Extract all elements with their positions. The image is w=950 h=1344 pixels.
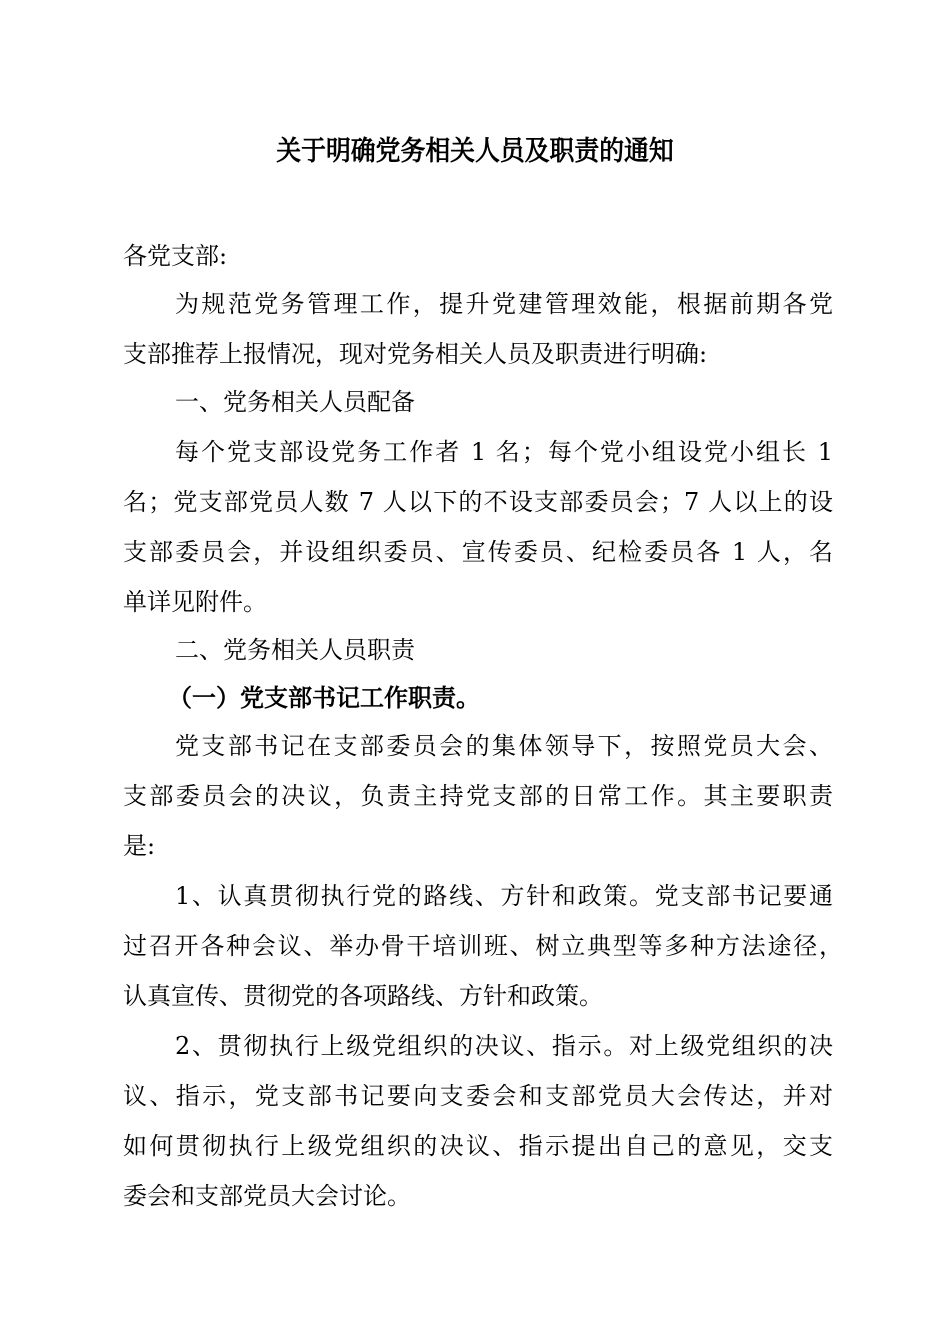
document-title: 关于明确党务相关人员及职责的通知 (38, 132, 912, 172)
list-item-line: 过召开各种会议、举办骨干培训班、树立典型等多种方法途径， (123, 928, 843, 964)
intro-line: 为规范党务管理工作，提升党建管理效能，根据前期各党 (175, 286, 833, 322)
section-heading: 一、党务相关人员配备 (175, 384, 415, 420)
paragraph-line: 支部委员会的决议，负责主持党支部的日常工作。其主要职责 (123, 778, 833, 814)
intro-line: 支部推荐上报情况，现对党务相关人员及职责进行明确: (123, 336, 833, 372)
paragraph-line: 是: (123, 828, 833, 864)
list-item-line: 认真宣传、贯彻党的各项路线、方针和政策。 (123, 978, 833, 1014)
section-heading: 二、党务相关人员职责 (175, 632, 415, 668)
paragraph-line: 名；党支部党员人数 7 人以下的不设支部委员会；7 人以上的设 (123, 484, 833, 520)
subsection-heading: （一）党支部书记工作职责。 (168, 680, 480, 716)
paragraph-line: 每个党支部设党务工作者 1 名；每个党小组设党小组长 1 (175, 434, 833, 470)
paragraph-line: 单详见附件。 (123, 584, 833, 620)
salutation: 各党支部: (123, 238, 833, 274)
list-item-line: 委会和支部党员大会讨论。 (123, 1178, 833, 1214)
document-page: 关于明确党务相关人员及职责的通知 各党支部: 为规范党务管理工作，提升党建管理效… (0, 0, 950, 1344)
list-item-line: 1、认真贯彻执行党的路线、方针和政策。党支部书记要通 (175, 878, 833, 914)
paragraph-line: 支部委员会，并设组织委员、宣传委员、纪检委员各 1 人，名 (123, 534, 833, 570)
list-item-line: 如何贯彻执行上级党组织的决议、指示提出自己的意见，交支 (123, 1128, 833, 1164)
list-item-line: 2、贯彻执行上级党组织的决议、指示。对上级党组织的决 (175, 1028, 833, 1064)
paragraph-line: 党支部书记在支部委员会的集体领导下，按照党员大会、 (175, 728, 833, 764)
list-item-line: 议、指示，党支部书记要向支委会和支部党员大会传达，并对 (123, 1078, 833, 1114)
